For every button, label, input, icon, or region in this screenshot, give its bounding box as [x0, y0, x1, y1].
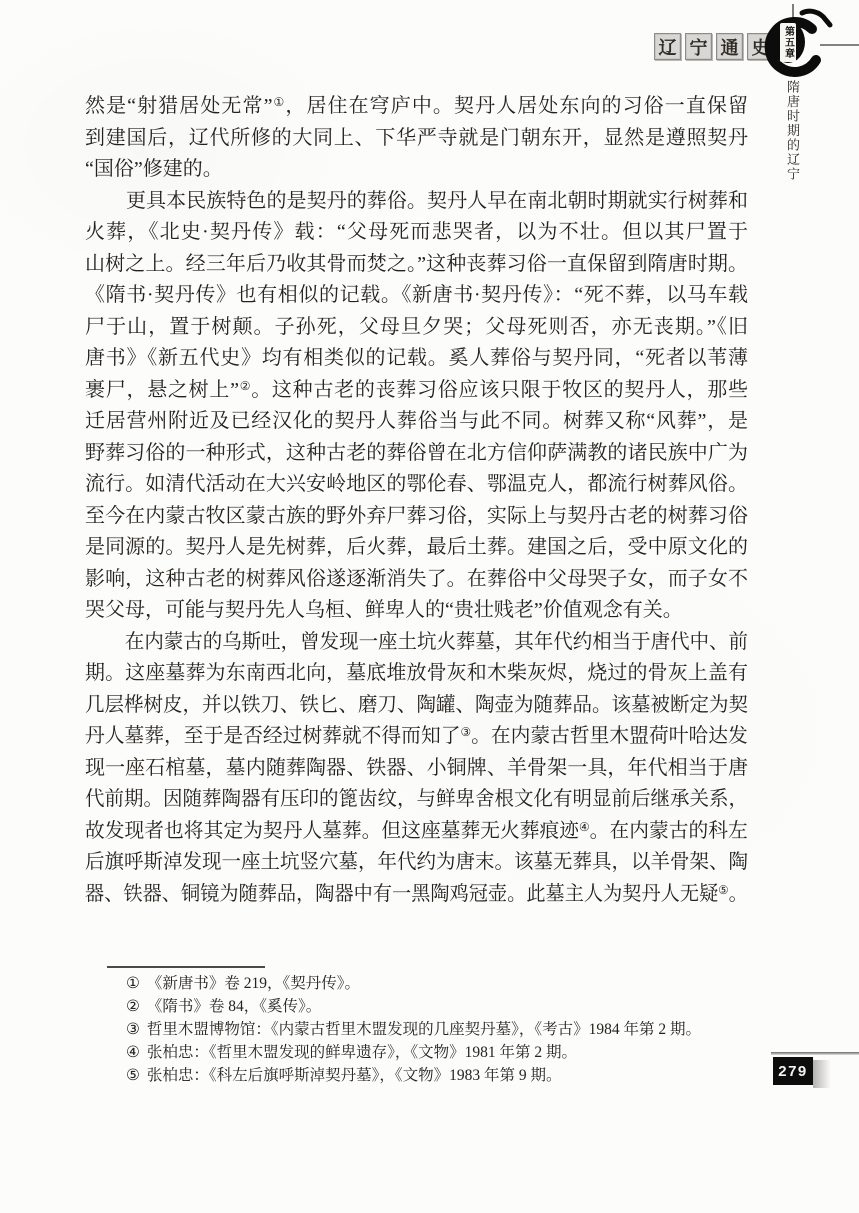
- body-text-line: 更具本民族特色的是契丹的葬俗。契丹人早在南北朝时期就实行树葬和: [85, 186, 748, 218]
- chapter-ornament: 第五章: [750, 2, 859, 88]
- footnote-item: ①《新唐书》卷 219，《契丹传》。: [126, 972, 751, 995]
- body-text-line: 在内蒙古的乌斯吐，曾发现一座土坑火葬墓，其年代约相当于唐代中、前: [85, 627, 730, 659]
- series-title-char: 通: [716, 33, 743, 60]
- footnote-marker: ②: [126, 995, 140, 1018]
- footnote-item: ④张柏忠：《哲里木盟发现的鲜卑遗存》，《文物》1981 年第 2 期。: [126, 1041, 751, 1064]
- book-page: 辽宁通史 第五章 隋唐时期的辽宁 然是“射猎居处无常”①，居住在穹庐中。契丹人居…: [0, 0, 859, 1213]
- footnote-separator: [107, 966, 265, 968]
- footnote-item: ③哲里木盟博物馆：《内蒙古哲里木盟发现的几座契丹墓》，《考古》1984 年第 2…: [126, 1018, 751, 1041]
- body-text-line: 丹人墓葬，至于是否经过树葬就不得而知了③。在内蒙古哲里木盟荷叶哈达发: [85, 721, 740, 753]
- footnote-reference: ③: [460, 725, 471, 739]
- footnote-marker: ⑤: [126, 1064, 140, 1087]
- body-text-line: 现一座石棺墓，墓内随葬陶器、铁器、小铜牌、羊骨架一具，年代相当于唐: [85, 753, 748, 785]
- footnote-text: 张柏忠：《哲里木盟发现的鲜卑遗存》，《文物》1981 年第 2 期。: [147, 1041, 751, 1064]
- brush-circle-icon: [750, 2, 859, 88]
- body-text-line: 流行。如清代活动在大兴安岭地区的鄂伦春、鄂温克人，都流行树葬风俗。: [85, 469, 748, 501]
- body-text-line: “国俗”修建的。: [85, 154, 748, 186]
- footnote-text: 《隋书》卷 84，《奚传》。: [147, 995, 751, 1018]
- footnote-marker: ③: [126, 1018, 140, 1041]
- page-number-badge: 279: [773, 1057, 813, 1085]
- body-text-line: 故发现者也将其定为契丹人墓葬。但这座墓葬无火葬痕迹④。在内蒙古的科左: [85, 816, 740, 848]
- chapter-number-label: 第五章: [780, 23, 796, 62]
- body-text-line: 至今在内蒙古牧区蒙古族的野外弃尸葬习俗，实际上与契丹古老的树葬习俗: [85, 501, 748, 533]
- body-text-line: 火葬，《北史·契丹传》载：“父母死而悲哭者，以为不壮。但以其尸置于: [85, 217, 748, 249]
- series-title-char: 宁: [685, 33, 712, 60]
- body-text-line: 唐书》《新五代史》均有相类似的记载。奚人葬俗与契丹同，“死者以苇薄: [85, 343, 748, 375]
- body-text-line: 然是“射猎居处无常”①，居住在穹庐中。契丹人居处东向的习俗一直保留: [85, 91, 748, 123]
- body-text-line: 尸于山，置于树颠。子孙死，父母旦夕哭；父母死则否，亦无丧期。”《旧: [85, 312, 748, 344]
- series-title-char: 辽: [654, 33, 681, 60]
- body-text-line: 野葬习俗的一种形式，这种古老的葬俗曾在北方信仰萨满教的诸民族中广为: [85, 438, 748, 470]
- page-number-rule: [771, 1052, 859, 1055]
- body-text-line: 到建国后，辽代所修的大同上、下华严寺就是门朝东开，显然是遵照契丹: [85, 123, 748, 155]
- body-text-line: 后旗呼斯淖发现一座土坑竖穴墓，年代约为唐末。该墓无葬具，以羊骨架、陶: [85, 847, 731, 879]
- body-text-line: 代前期。因随葬陶器有压印的篦齿纹，与鲜卑舍根文化有明显前后继承关系，: [85, 784, 731, 816]
- footnote-item: ②《隋书》卷 84，《奚传》。: [126, 995, 751, 1018]
- body-text-line: 影响，这种古老的树葬风俗遂逐渐消失了。在葬俗中父母哭子女，而子女不: [85, 564, 748, 596]
- body-text-line: 《隋书·契丹传》也有相似的记载。《新唐书·契丹传》：“死不葬，以马车载: [85, 280, 748, 312]
- footnote-marker: ①: [126, 972, 140, 995]
- footnote-marker: ④: [126, 1041, 140, 1064]
- footnote-text: 张柏忠：《科左后旗呼斯淖契丹墓》，《文物》1983 年第 9 期。: [147, 1064, 751, 1087]
- footnote-text: 《新唐书》卷 219，《契丹传》。: [147, 972, 751, 995]
- body-text: 然是“射猎居处无常”①，居住在穹庐中。契丹人居处东向的习俗一直保留到建国后，辽代…: [85, 91, 748, 910]
- footnote-text: 哲里木盟博物馆：《内蒙古哲里木盟发现的几座契丹墓》，《考古》1984 年第 2 …: [147, 1018, 751, 1041]
- body-text-line: 期。这座墓葬为东南西北向，墓底堆放骨灰和木柴灰烬，烧过的骨灰上盖有: [85, 658, 748, 690]
- footnote-reference: ⑤: [718, 883, 728, 897]
- body-text-line: 山树之上。经三年后乃收其骨而焚之。”这种丧葬习俗一直保留到隋唐时期。: [85, 249, 748, 281]
- chapter-title-vertical: 隋唐时期的辽宁: [783, 80, 802, 210]
- body-text-line: 几层桦树皮，并以铁刀、铁匕、磨刀、陶罐、陶壶为随葬品。该墓被断定为契: [85, 690, 731, 722]
- footnote-reference: ①: [272, 95, 285, 109]
- body-text-line: 裹尸，悬之树上”②。这种古老的丧葬习俗应该只限于牧区的契丹人，那些: [85, 375, 748, 407]
- body-text-line: 是同源的。契丹人是先树葬，后火葬，最后土葬。建国之后，受中原文化的: [85, 532, 748, 564]
- body-text-line: 迁居营州附近及已经汉化的契丹人葬俗当与此不同。树葬又称“风葬”，是: [85, 406, 748, 438]
- body-text-line: 哭父母，可能与契丹先人乌桓、鲜卑人的“贵壮贱老”价值观念有关。: [85, 595, 748, 627]
- footnote-reference: ④: [579, 820, 590, 834]
- footnotes: ①《新唐书》卷 219，《契丹传》。②《隋书》卷 84，《奚传》。③哲里木盟博物…: [126, 972, 751, 1087]
- body-text-line: 器、铁器、铜镜为随葬品，陶器中有一黑陶鸡冠壶。此墓主人为契丹人无疑⑤。: [85, 879, 721, 911]
- footnote-item: ⑤张柏忠：《科左后旗呼斯淖契丹墓》，《文物》1983 年第 9 期。: [126, 1064, 751, 1087]
- footnote-reference: ②: [239, 379, 251, 393]
